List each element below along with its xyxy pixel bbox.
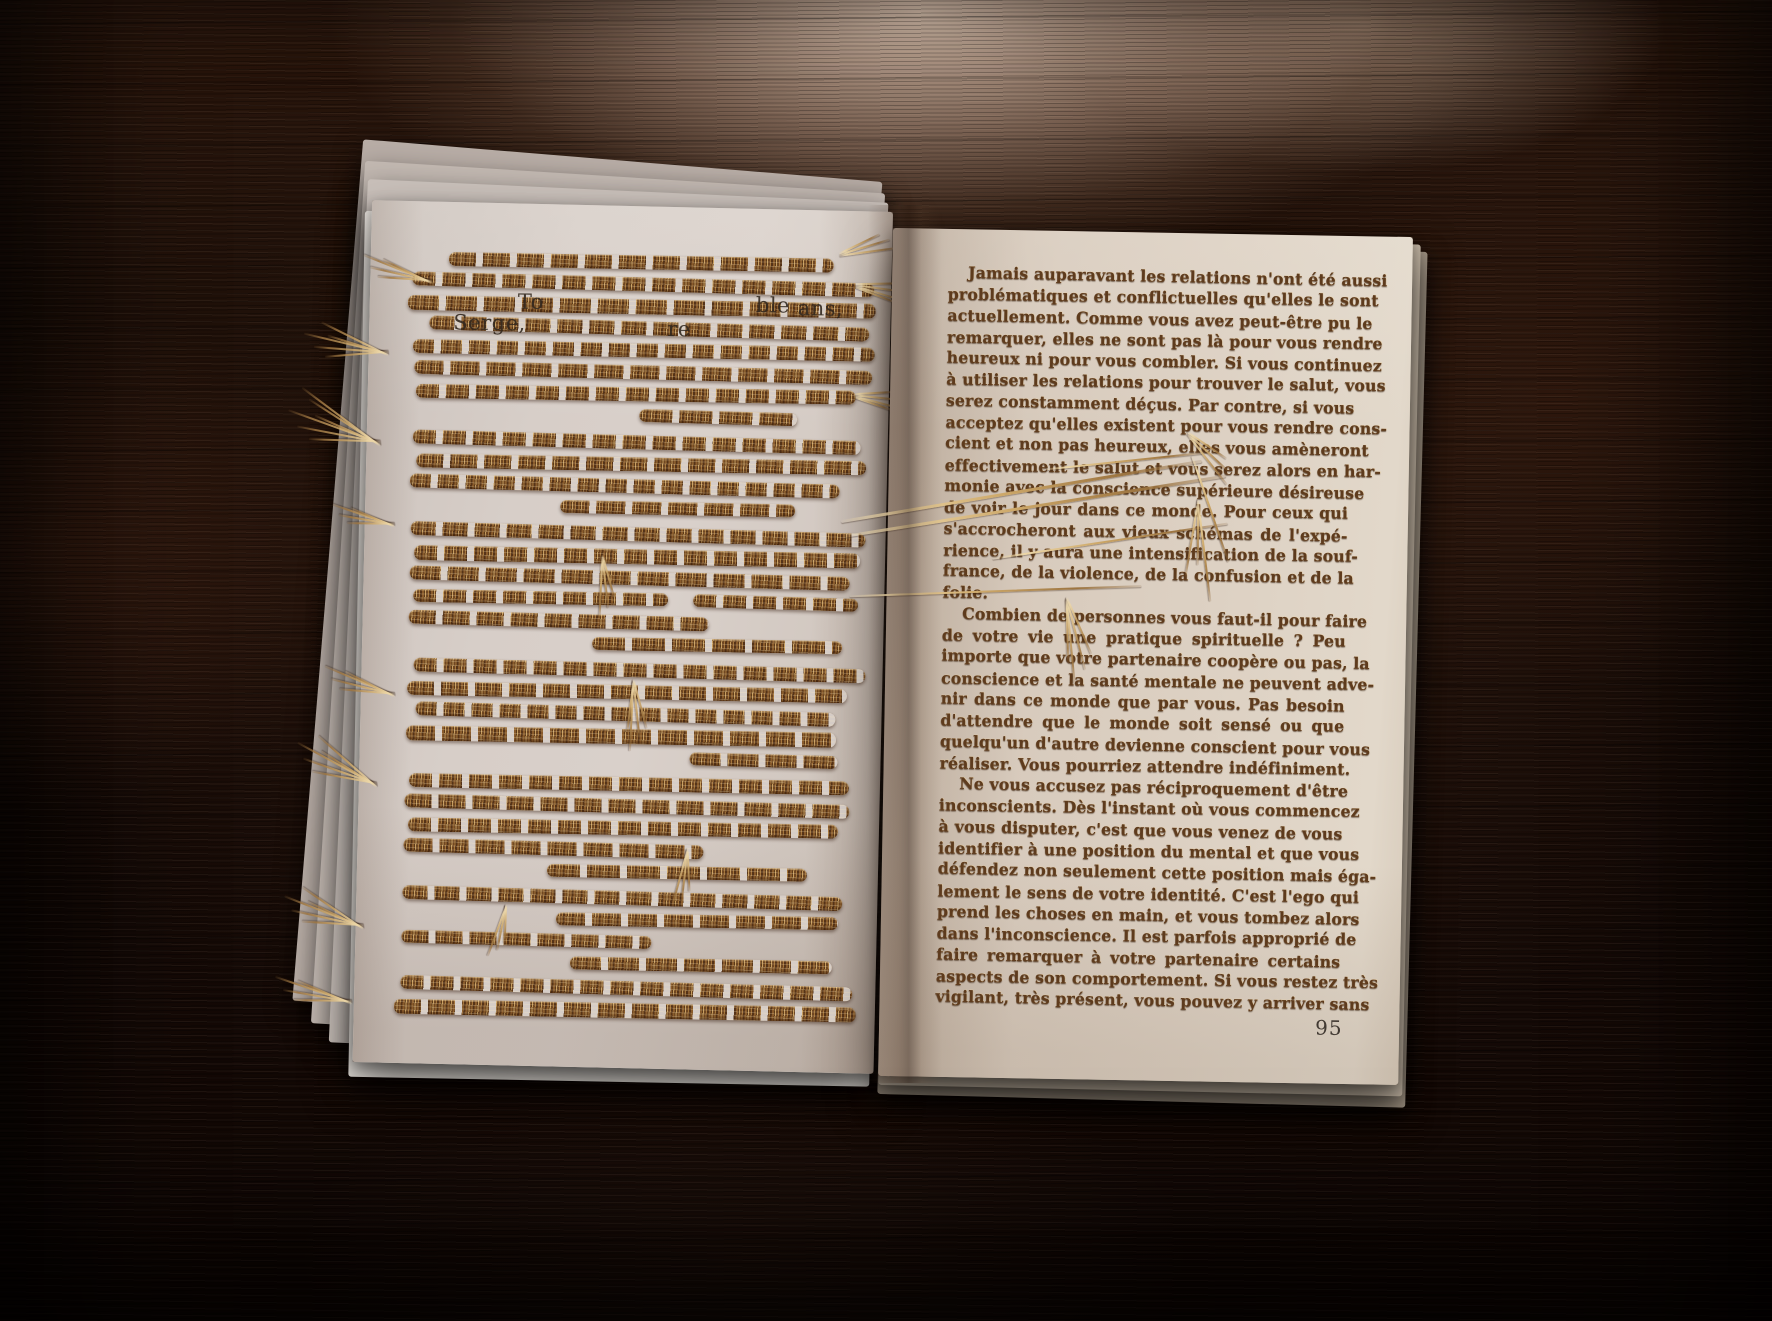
embroidery-line <box>409 610 709 632</box>
right-page-text: Jamais auparavant les relations n'ont ét… <box>878 228 1413 1085</box>
embroidery-line <box>570 956 832 974</box>
embroidery-line <box>406 725 836 748</box>
left-page-embroidered: Tobleans,Serge,re <box>353 200 893 1074</box>
embroidery-line <box>413 429 861 455</box>
embroidery-line <box>402 885 842 911</box>
embroidery-line <box>411 521 866 548</box>
embroidery-line <box>413 657 865 683</box>
embroidery-line <box>407 681 847 703</box>
embroidery-line <box>560 500 795 518</box>
open-book: Tobleans,Serge,re Jamais auparavant les … <box>0 0 1772 1321</box>
print-fragment: ans, <box>798 296 844 321</box>
embroidery-line <box>592 637 842 654</box>
right-page-loose-threads <box>893 228 1413 237</box>
embroidery-line <box>404 793 849 819</box>
embroidery-line <box>556 912 838 930</box>
embroidery-line <box>401 930 651 950</box>
embroidery-line <box>413 339 875 362</box>
embroidery-line <box>689 752 837 769</box>
print-fragment: ble <box>756 293 790 317</box>
embroidery-line <box>409 773 849 795</box>
embroidery-line <box>693 594 858 612</box>
embroidery-line <box>416 453 866 475</box>
embroidery-line <box>403 838 703 860</box>
embroidery-line <box>414 545 860 569</box>
embroidery-line <box>639 409 797 426</box>
right-page-body-text: Jamais auparavant les relations n'ont ét… <box>935 263 1352 1015</box>
embroidery-line <box>413 589 668 606</box>
print-fragment: Serge, <box>453 310 526 335</box>
embroidery-line <box>414 360 872 385</box>
page-number: 95 <box>1315 1015 1343 1039</box>
embroidery-line <box>410 565 850 591</box>
embroidery-line <box>394 999 856 1023</box>
embroidery-line <box>449 252 834 273</box>
photo-of-embroidered-open-book: Tobleans,Serge,re Jamais auparavant les … <box>0 0 1772 1321</box>
print-fragment: re <box>667 317 691 341</box>
loose-thread <box>599 556 603 617</box>
embroidery-line <box>412 271 874 297</box>
embroidery-line <box>410 473 840 498</box>
embroidery-line <box>547 864 807 882</box>
embroidery-line <box>416 384 856 405</box>
embroidery-line <box>415 701 835 727</box>
embroidery-line <box>400 975 852 1002</box>
embroidery-line <box>408 817 838 839</box>
